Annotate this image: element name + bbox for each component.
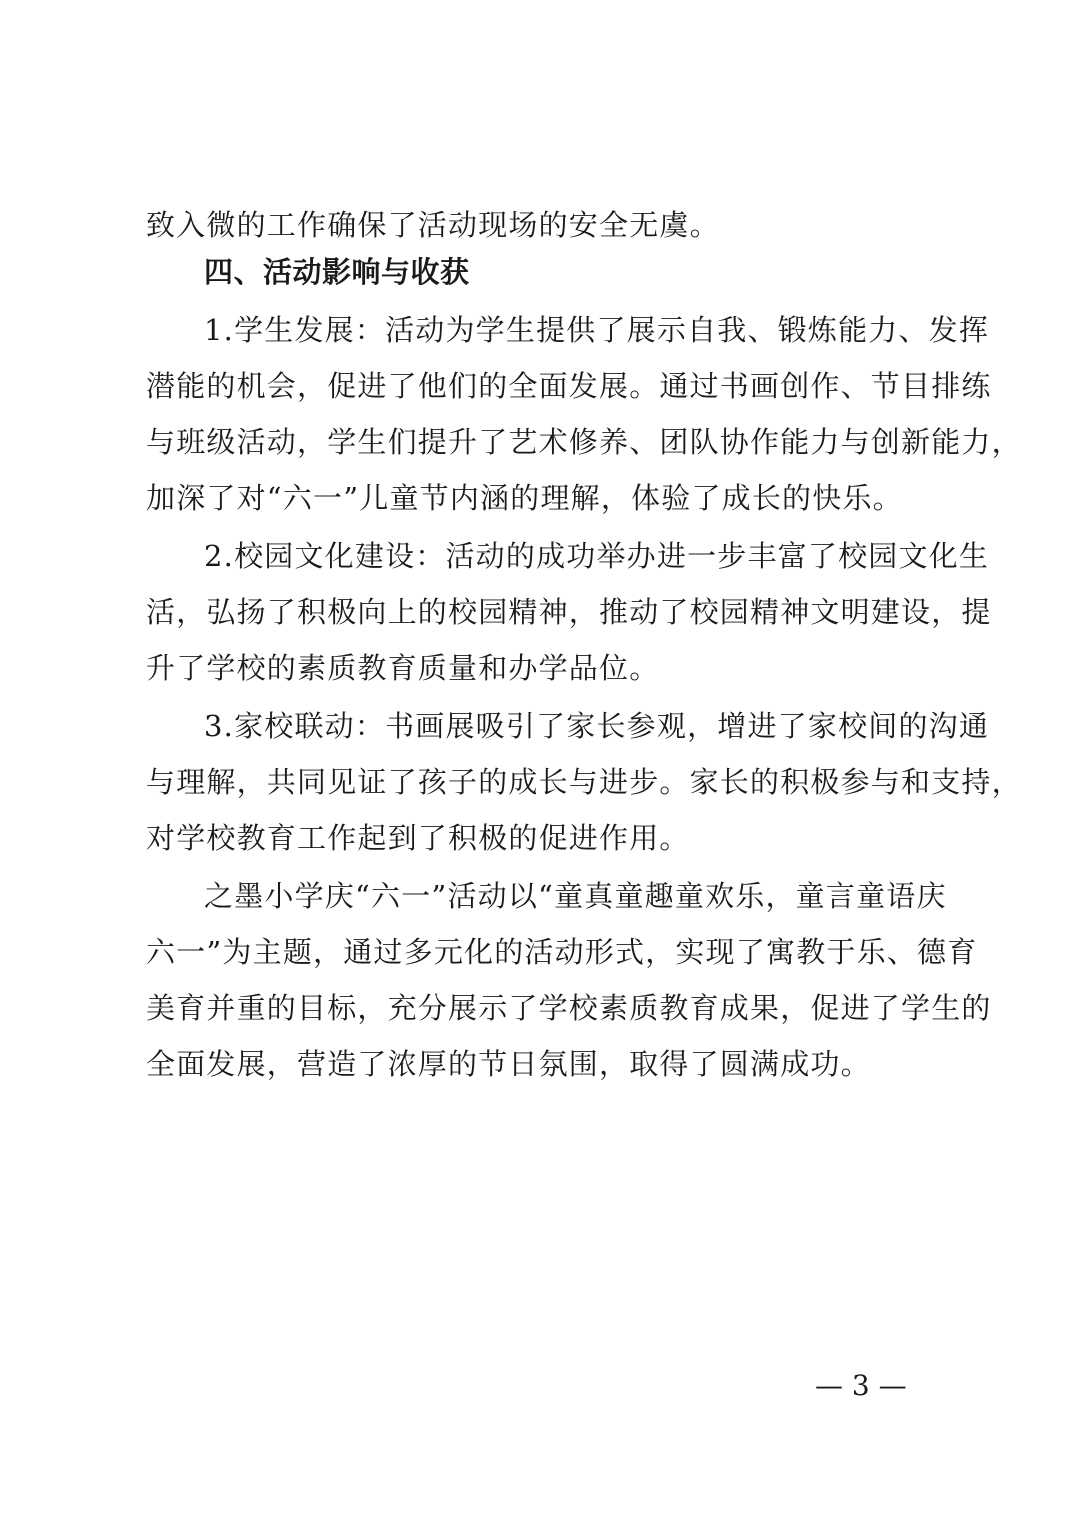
paragraph-line: 3.家校联动：书画展吸引了家长参观，增进了家校间的沟通	[204, 706, 944, 746]
paragraph-line: 升了学校的素质教育质量和办学品位。	[146, 648, 946, 688]
page-number: — 3 —	[815, 1368, 907, 1404]
paragraph-line: 潜能的机会，促进了他们的全面发展。通过书画创作、节目排练	[146, 366, 946, 406]
paragraph-line: 1.学生发展：活动为学生提供了展示自我、锻炼能力、发挥	[204, 310, 944, 350]
paragraph-line: 加深了对“六一”儿童节内涵的理解，体验了成长的快乐。	[146, 478, 946, 518]
paragraph-line: 之墨小学庆“六一”活动以“童真童趣童欢乐，童言童语庆	[204, 876, 944, 916]
document-page: 致入微的工作确保了活动现场的安全无虞。 四、活动影响与收获 1.学生发展：活动为…	[0, 0, 1080, 1527]
section-heading: 四、活动影响与收获	[204, 252, 944, 292]
paragraph-line: 对学校教育工作起到了积极的促进作用。	[146, 818, 946, 858]
paragraph-line: 全面发展，营造了浓厚的节日氛围，取得了圆满成功。	[146, 1044, 946, 1084]
paragraph-line: 与班级活动，学生们提升了艺术修养、团队协作能力与创新能力，	[146, 422, 946, 462]
paragraph-line: 活，弘扬了积极向上的校园精神，推动了校园精神文明建设，提	[146, 592, 946, 632]
paragraph-line: 2.校园文化建设：活动的成功举办进一步丰富了校园文化生	[204, 536, 944, 576]
paragraph-line: 与理解，共同见证了孩子的成长与进步。家长的积极参与和支持，	[146, 762, 946, 802]
paragraph-line: 六一”为主题，通过多元化的活动形式，实现了寓教于乐、德育	[146, 932, 946, 972]
paragraph-line: 美育并重的目标，充分展示了学校素质教育成果，促进了学生的	[146, 988, 946, 1028]
continuation-line: 致入微的工作确保了活动现场的安全无虞。	[146, 205, 946, 245]
